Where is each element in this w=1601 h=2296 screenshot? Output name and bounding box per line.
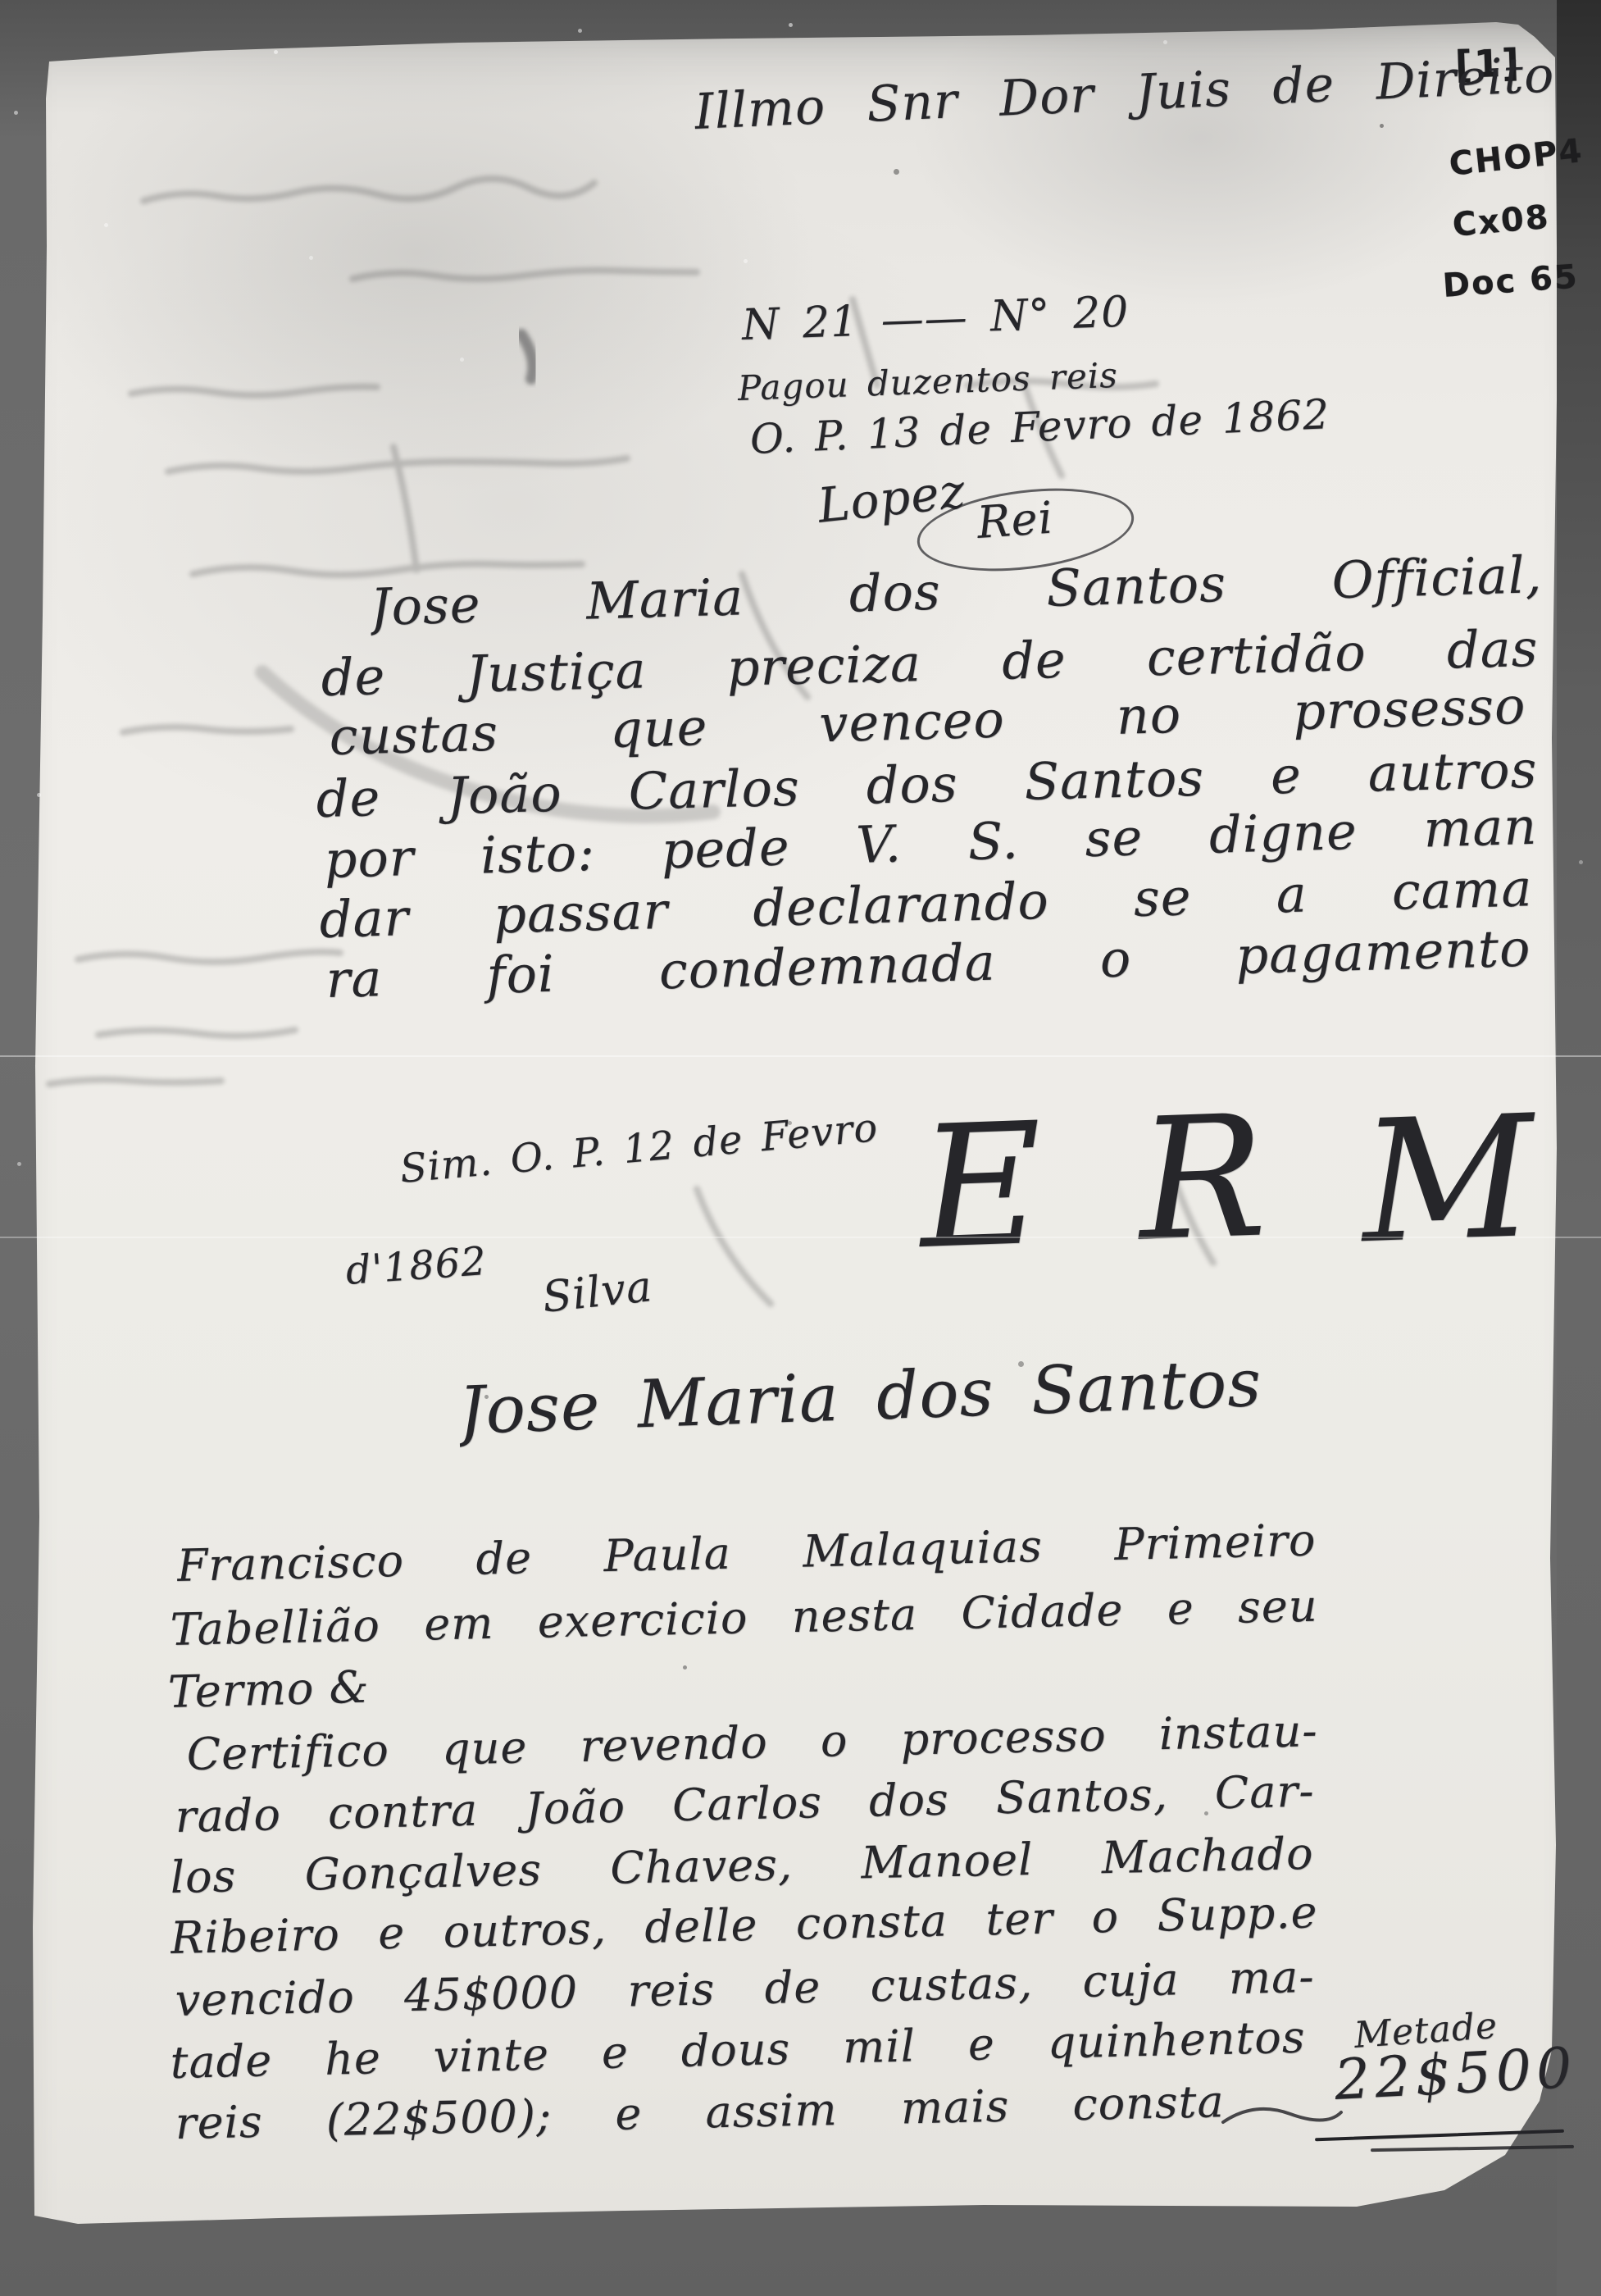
film-scratch-line — [0, 1237, 1601, 1238]
closing-letter-e: E — [916, 1091, 1047, 1284]
dust-specks-dark — [0, 0, 2, 2]
certificate-line: Termo & — [167, 1663, 370, 1718]
film-scratch-line — [0, 1055, 1601, 1057]
signature-rei: Rei — [976, 494, 1055, 549]
closing-letter-r: R — [1135, 1083, 1269, 1276]
scanned-document-page: [1] Illmo Snr Dor Juis de Direito CHOP4 … — [0, 0, 1601, 2296]
closing-erm: E R M — [916, 1074, 1538, 1284]
closing-letter-m: M — [1358, 1084, 1538, 1278]
margin-amount: 22$500 — [1333, 2038, 1578, 2113]
